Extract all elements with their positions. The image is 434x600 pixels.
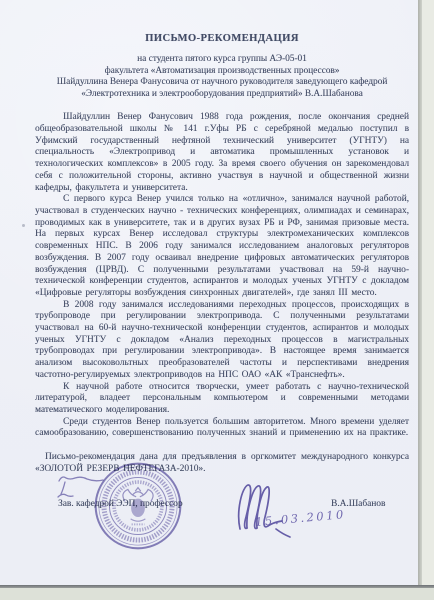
addressee-line: Шайдуллина Венера Фанусовича от научного… <box>35 77 409 89</box>
addressee-line: «Электротехника и электрооборудования пр… <box>35 89 409 101</box>
scanner-background-band <box>0 588 434 600</box>
addressee-line: факультета «Автоматизация производственн… <box>35 66 409 78</box>
body-paragraph: Среди студентов Венер пользуется большим… <box>35 417 409 440</box>
handwritten-signature <box>232 477 317 539</box>
body-paragraph: К научной работе относится творчески, ум… <box>35 382 409 417</box>
body-paragraph: С первого курса Венер учился только на «… <box>35 194 409 299</box>
letter-title: ПИСЬМО-РЕКОМЕНДАЦИЯ <box>35 33 409 45</box>
addressee-line: на студента пятого курса группы АЭ-05-01 <box>35 54 409 66</box>
body-paragraph: Шайдуллин Венер Фанусович 1988 года рожд… <box>35 112 409 194</box>
addressee-block: на студента пятого курса группы АЭ-05-01… <box>35 54 409 100</box>
page-right-edge <box>418 0 422 585</box>
signer-name: В.А.Шабанов <box>331 499 385 509</box>
scan-artifact-dot <box>22 224 25 227</box>
scanned-letter: ПИСЬМО-РЕКОМЕНДАЦИЯ на студента пятого к… <box>0 0 434 600</box>
body-paragraph: В 2008 году занимался исследованиями пер… <box>35 300 409 382</box>
handwritten-ink-note <box>55 473 107 507</box>
